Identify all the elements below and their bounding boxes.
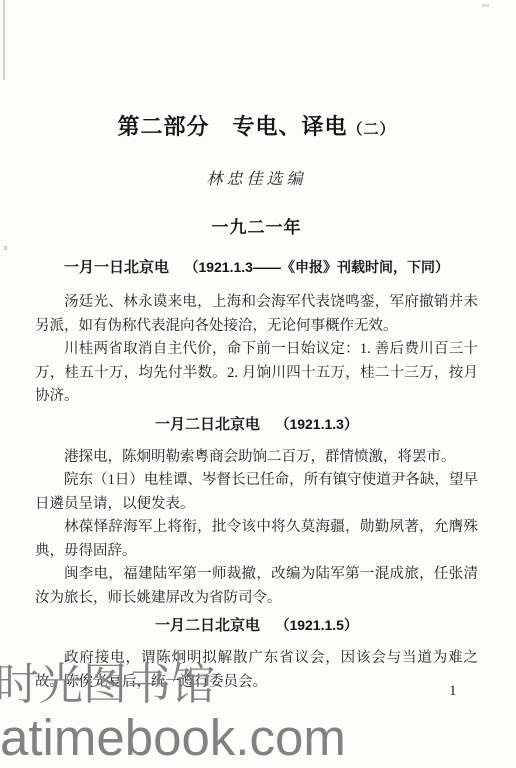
telegram-body: 汤廷光、林永谟来电，上海和会海军代表饶鸣銮，军府撤销并未另派，如有伪称代表混向各…: [35, 291, 478, 409]
year-heading: 一九二一年: [35, 213, 478, 238]
telegram-paragraph: 林葆怿辞海军上将衔，批令该中将久莫海疆，勋勤夙著，允膺殊典，毋得固辞。: [35, 516, 478, 563]
telegram-heading-title: 一月一日北京电: [64, 259, 169, 276]
telegram-section: 一月二日北京电（1921.1.5） 政府接电，谓陈炯明拟解散广东省议会，因该会与…: [35, 617, 478, 694]
telegram-heading: 一月一日北京电（1921.1.3——《申报》刊载时间，下同）: [35, 259, 478, 277]
telegram-paragraph: 政府接电，谓陈炯明拟解散广东省议会，因该会与当道为难之故。陈俟光复后，统一遵行委…: [35, 647, 478, 694]
part-title-suffix: （二）: [348, 121, 396, 138]
book-page: 第二部分 专电、译电（二） 林忠佳选编 一九二一年 一月一日北京电（1921.1…: [0, 0, 516, 768]
telegram-heading-note: （1921.1.3）: [275, 416, 358, 432]
telegram-paragraph: 汤廷光、林永谟来电，上海和会海军代表饶鸣銮，军府撤销并未另派，如有伪称代表混向各…: [35, 291, 478, 338]
telegram-heading: 一月二日北京电（1921.1.5）: [35, 617, 478, 635]
telegram-heading-title: 一月二日北京电: [155, 617, 260, 634]
telegram-paragraph: 院东（1日）电桂谭、岑督长已任命，所有镇守使道尹各缺，望早日遴员呈请，以便发表。: [35, 469, 478, 516]
telegram-heading-title: 一月二日北京电: [155, 416, 260, 433]
part-title-main: 第二部分 专电、译电: [117, 114, 347, 139]
telegram-heading-note: （1921.1.3——《申报》刊载时间，下同）: [184, 259, 449, 275]
telegram-section: 一月一日北京电（1921.1.3——《申报》刊载时间，下同） 汤廷光、林永谟来电…: [35, 259, 478, 409]
telegram-section: 一月二日北京电（1921.1.3） 港探电，陈炯明勒索粤商会助饷二百万，群情愤激…: [35, 416, 478, 611]
telegram-paragraph: 港探电，陈炯明勒索粤商会助饷二百万，群情愤激，将罢市。: [35, 446, 478, 470]
watermark-site-url: atimebook.com: [0, 712, 346, 763]
scan-speck: [4, 246, 7, 250]
telegram-heading: 一月二日北京电（1921.1.3）: [35, 416, 478, 434]
page-number: 1: [449, 683, 457, 700]
part-title: 第二部分 专电、译电（二）: [35, 114, 478, 140]
telegram-body: 政府接电，谓陈炯明拟解散广东省议会，因该会与当道为难之故。陈俟光复后，统一遵行委…: [35, 647, 478, 694]
scan-speck-top-right: [482, 4, 489, 7]
telegram-paragraph: 闽李电，福建陆军第一师裁撤，改编为陆军第一混成旅，任张清汝为旅长，师长姚建屏改为…: [35, 563, 478, 610]
telegram-heading-note: （1921.1.5）: [275, 617, 358, 633]
telegram-body: 港探电，陈炯明勒索粤商会助饷二百万，群情愤激，将罢市。 院东（1日）电桂谭、岑督…: [35, 446, 478, 611]
editor-byline: 林忠佳选编: [35, 166, 478, 189]
scan-edge-artifact: [3, 0, 5, 80]
telegram-paragraph: 川桂两省取消自主代价，命下前一日始议定：1. 善后费川百三十万，桂五十万，均先付…: [35, 338, 478, 409]
